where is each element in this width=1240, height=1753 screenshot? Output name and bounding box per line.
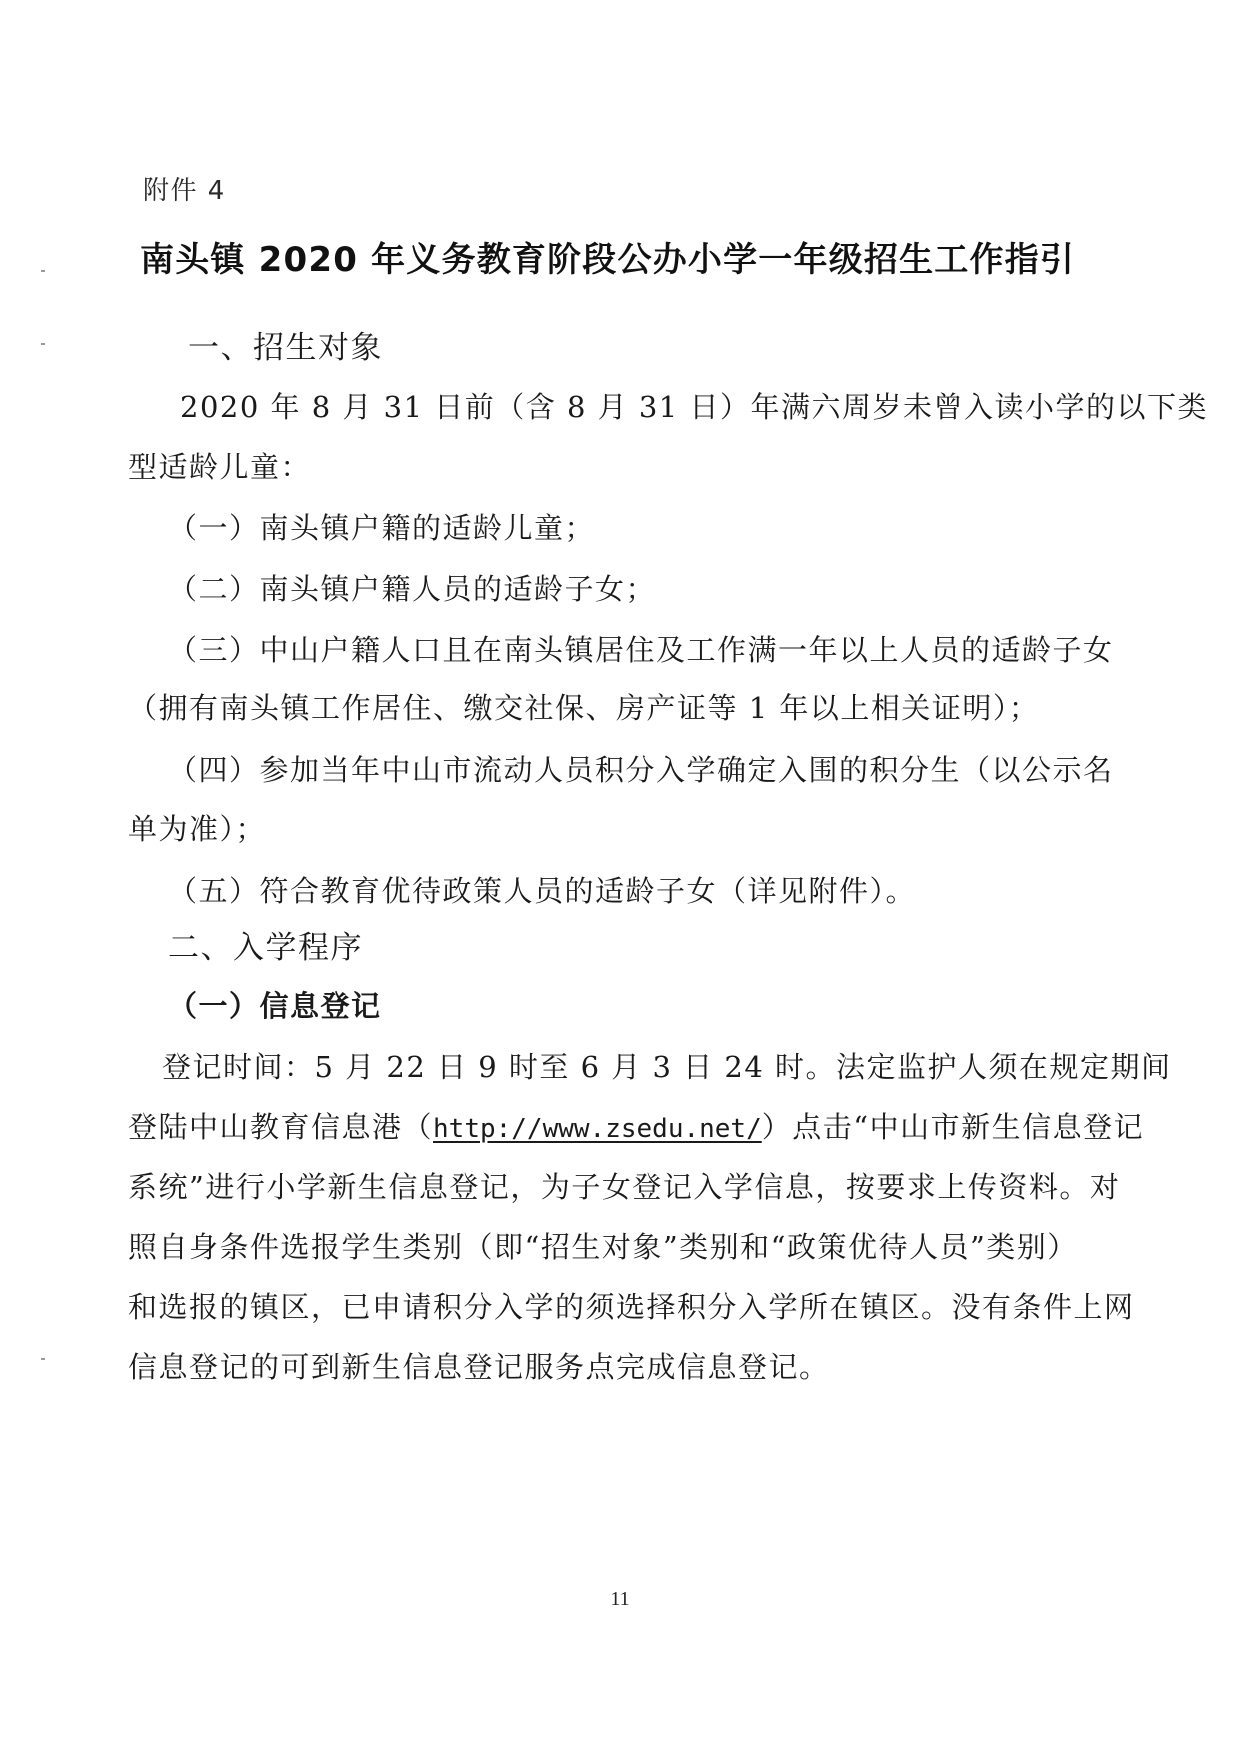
- list-item-3-continued: （拥有南头镇工作居住、缴交社保、房产证等 1 年以上相关证明）；: [128, 694, 1039, 723]
- list-item-5: （五）符合教育优待政策人员的适龄子女（详见附件）。: [168, 877, 916, 906]
- page-number: 11: [0, 1588, 1240, 1611]
- paragraph-line-with-link: 登陆中山教育信息港（http://www.zsedu.net/）点击“中山市新生…: [128, 1113, 1144, 1142]
- paragraph-line: 系统”进行小学新生信息登记，为子女登记入学信息，按要求上传资料。对: [128, 1173, 1120, 1202]
- paragraph-line: 照自身条件选报学生类别（即“招生对象”类别和“政策优待人员”类别）: [128, 1233, 1078, 1262]
- paragraph-text: 登陆中山教育信息港（: [128, 1110, 433, 1144]
- list-item-3: （三）中山户籍人口且在南头镇居住及工作满一年以上人员的适龄子女: [168, 636, 1114, 665]
- subsection-heading-info-registration: （一）信息登记: [168, 992, 382, 1021]
- list-item-2: （二）南头镇户籍人员的适龄子女；: [168, 575, 656, 604]
- list-item-4-continued: 单为准）；: [128, 815, 266, 844]
- paragraph-line: 型适龄儿童：: [128, 453, 311, 482]
- document-page: 附件 4 南头镇 2020 年义务教育阶段公办小学一年级招生工作指引 一、招生对…: [0, 0, 1240, 1753]
- paragraph-text: ）点击“中山市新生信息登记: [762, 1110, 1144, 1144]
- list-item-4: （四）参加当年中山市流动人员积分入学确定入围的积分生（以公示名: [168, 756, 1114, 785]
- scan-speck: [41, 270, 45, 272]
- paragraph-line: 2020 年 8 月 31 日前（含 8 月 31 日）年满六周岁未曾入读小学的…: [180, 393, 1208, 422]
- paragraph-line: 和选报的镇区，已申请积分入学的须选择积分入学所在镇区。没有条件上网: [128, 1293, 1135, 1322]
- scan-speck: [41, 343, 45, 345]
- attachment-label: 附件 4: [143, 178, 226, 204]
- paragraph-line: 登记时间：5 月 22 日 9 时至 6 月 3 日 24 时。法定监护人须在规…: [162, 1053, 1172, 1082]
- paragraph-line: 信息登记的可到新生信息登记服务点完成信息登记。: [128, 1353, 830, 1382]
- section-heading-enrollment-targets: 一、招生对象: [188, 333, 383, 364]
- scan-speck: [41, 1358, 45, 1360]
- zsedu-link[interactable]: http://www.zsedu.net/: [433, 1114, 762, 1144]
- list-item-1: （一）南头镇户籍的适龄儿童；: [168, 514, 595, 543]
- document-title: 南头镇 2020 年义务教育阶段公办小学一年级招生工作指引: [140, 243, 1075, 277]
- section-heading-admission-procedure: 二、入学程序: [168, 933, 363, 964]
